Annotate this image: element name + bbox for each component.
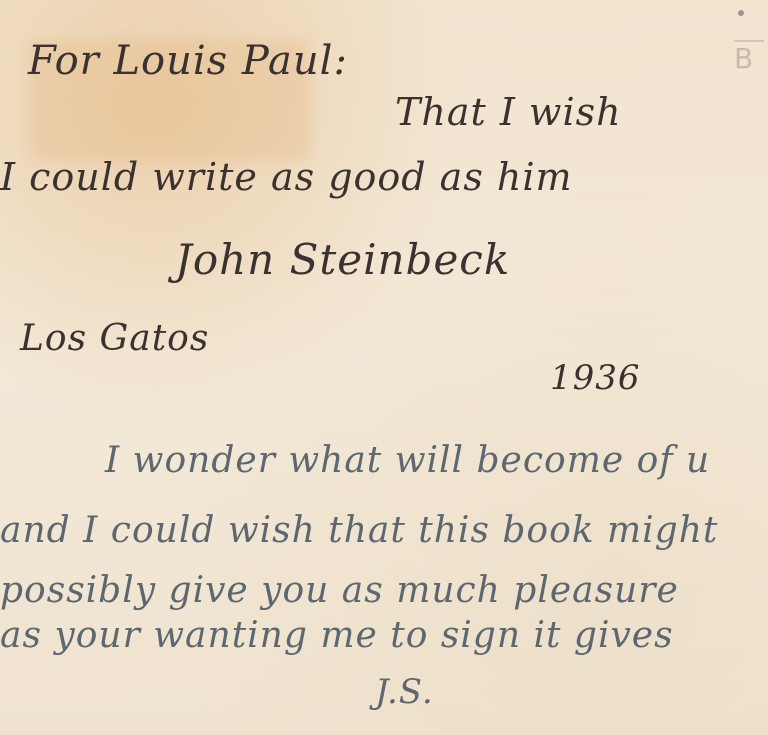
inscription-line-1: That I wish [395,90,622,134]
inscription-line-2: I could write as good as him [0,155,573,199]
year: 1936 [550,358,641,398]
signature: John Steinbeck [175,235,510,284]
note-line-4: as your wanting me to sign it gives [0,615,674,656]
corner-mark-text: B [734,42,753,75]
note-line-3: possibly give you as much pleasure [0,570,679,611]
note-line-1: I wonder what will become of u [105,440,710,481]
note-line-2: and I could wish that this book might [0,510,718,551]
dedication-line: For Louis Paul: [28,38,348,84]
corner-pencil-mark: B [734,40,764,92]
initials: J.S. [375,672,434,712]
place: Los Gatos [20,318,209,359]
ink-dot [738,10,744,16]
